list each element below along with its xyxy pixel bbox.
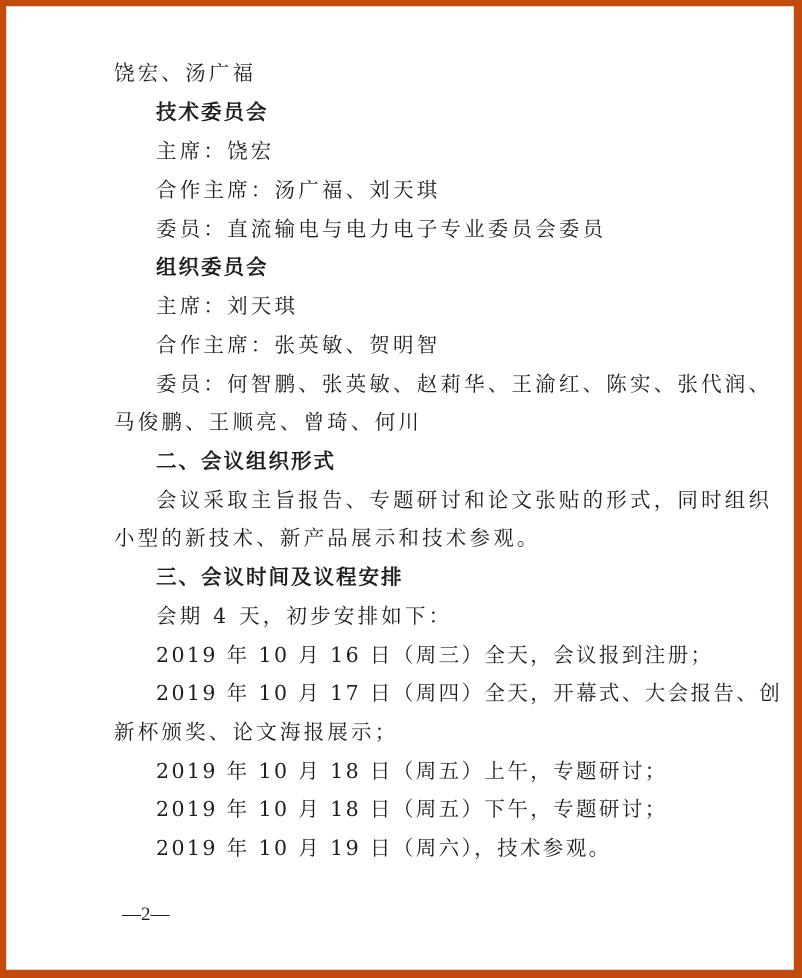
heading-technical-committee: 技术委员会	[156, 99, 269, 125]
paragraph-format-cont: 小型的新技术、新产品展示和技术参观。	[114, 525, 541, 551]
line-org-members: 委员：何智鹏、张英敏、赵莉华、王渝红、陈实、张代润、	[156, 371, 772, 397]
line-committee-names: 饶宏、汤广福	[114, 60, 256, 86]
paragraph-format: 会议采取主旨报告、专题研讨和论文张贴的形式，同时组织	[156, 487, 772, 513]
schedule-item-cont: 新杯颁奖、论文海报展示；	[114, 719, 398, 745]
page-number: —2—	[122, 904, 170, 926]
line-tech-members: 委员：直流输电与电力电子专业委员会委员	[156, 216, 606, 242]
line-duration: 会期 4 天，初步安排如下：	[156, 603, 452, 629]
schedule-item: 2019 年 10 月 17 日（周四）全天，开幕式、大会报告、创	[156, 680, 782, 706]
schedule-item: 2019 年 10 月 16 日（周三）全天，会议报到注册；	[156, 642, 713, 668]
schedule-item: 2019 年 10 月 18 日（周五）下午，专题研讨；	[156, 796, 668, 822]
schedule-item: 2019 年 10 月 19 日（周六），技术参观。	[156, 835, 612, 861]
line-org-chair: 主席：刘天琪	[156, 293, 298, 319]
heading-section-2: 二、会议组织形式	[156, 448, 336, 474]
heading-section-3: 三、会议时间及议程安排	[156, 564, 404, 590]
schedule-item: 2019 年 10 月 18 日（周五）上午，专题研讨；	[156, 758, 668, 784]
document-page: 饶宏、汤广福 技术委员会 主席：饶宏 合作主席：汤广福、刘天琪 委员：直流输电与…	[6, 6, 794, 970]
line-org-members-cont: 马俊鹏、王顺亮、曾琦、何川	[114, 409, 422, 435]
heading-organizing-committee: 组织委员会	[156, 254, 269, 280]
line-org-cochairs: 合作主席：张英敏、贺明智	[156, 332, 440, 358]
line-tech-cochairs: 合作主席：汤广福、刘天琪	[156, 177, 440, 203]
line-tech-chair: 主席：饶宏	[156, 138, 275, 164]
